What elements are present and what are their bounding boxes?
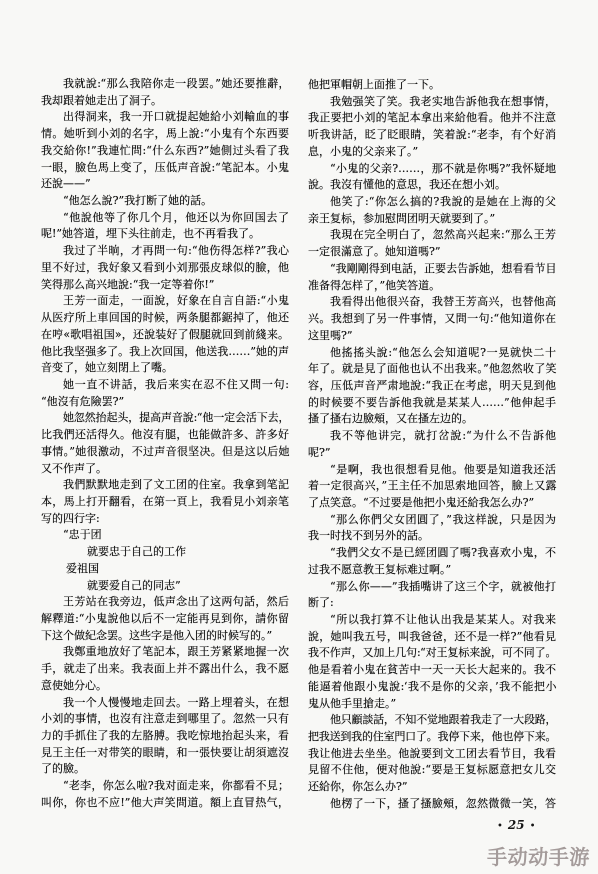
text-line: “小鬼的父亲?……，那不就是你嗎?”我怀疑地	[308, 161, 556, 178]
text-line: 着一定很高兴，”王主任不加思索地回答，臉上又露	[308, 478, 556, 495]
text-line: 兴。我想到了另一件事情，又問一句:“他知道你在	[308, 311, 556, 328]
text-line: 我勉强笑了笑。我老实地告訴他我在想事情，	[308, 94, 556, 111]
text-line: 一眼，臉色馬上变了，压低声音說:“笔記本。小鬼	[41, 160, 289, 177]
text-line: 的时候要不要告訴他我就是某某人……”他伸起手	[308, 395, 556, 412]
poem-line: 就要忠于自己的工作	[41, 544, 289, 561]
text-line: 亲王复标，参加慰問团明天就要到了。”	[308, 211, 556, 228]
page-number-value: 25	[508, 818, 525, 832]
text-line: 息，小鬼的父亲来了。”	[308, 144, 556, 161]
text-line: “所以我打算不让他认出我是某某人。对我来	[308, 612, 556, 629]
text-line: 說，她叫我五号，叫我爸爸，还不是一样?”他看見	[308, 629, 556, 646]
text-line: 她一直不讲話，我后来实在忍不住又問一句:	[41, 377, 289, 394]
text-line: “我剛剛得到电話，正要去告訴她，想看看节目	[308, 261, 556, 278]
text-line: “我們父女不是已經团圓了嗎?我喜欢小鬼，不	[308, 545, 556, 562]
text-line: 过我不愿意教王复标难过啊。”	[308, 562, 556, 579]
text-line: 他楞了一下，搔了搔臉頰，忽然微微一笑，答	[308, 796, 556, 813]
text-line: 他笑了:“你怎么搞的?我說的是她在上海的父	[308, 194, 556, 211]
text-line: 呢!”她答道，埋下头往前走，也不再看我了。	[41, 226, 289, 243]
text-line: “他怎么說?”我打断了她的話。	[41, 193, 289, 210]
text-line: 笑得那么高兴地說:“我一定等着你!”	[41, 277, 289, 294]
text-line: 我不作声，又加上几句:“对王复标来說，可不同了。	[308, 645, 556, 662]
text-line: 我不等他讲完，就打岔說:“为什么不告訴他	[308, 428, 556, 445]
text-line: 說。我沒有懂他的意思，我还在想小刘。	[308, 177, 556, 194]
text-line: 王芳站在我旁边，低声念出了这两句話，然后	[41, 594, 289, 611]
text-line: 我让他进去坐坐。他說要到文工团去看节目，我看	[308, 746, 556, 763]
text-line: 我就說:“那么我陪你走一段罢。”她还要推辭，	[41, 76, 289, 93]
bullet-icon: •	[497, 821, 503, 832]
text-line: 意使她分心。	[41, 678, 289, 695]
text-line: 解釋道:“小鬼說他以后不一定能再見到你，請你留	[41, 611, 289, 628]
text-line: “老李，你怎么啦?我对面走来，你都看不見；	[41, 778, 289, 795]
text-line: 小刘的事情，也沒有注意走到哪里了。忽然一只有	[41, 711, 289, 728]
text-line: 他比我坚强多了。我上次回国，他送我……”她的声	[41, 344, 289, 361]
text-line: “他說他等了你几个月，他还以为你回国去了	[41, 210, 289, 227]
text-line: 我一时找不到另外的話。	[308, 528, 556, 545]
text-line: 他搖搖头說:“他怎么会知道呢?一晃就快二十	[308, 345, 556, 362]
text-line: 呢?”	[308, 445, 556, 462]
text-line: 断了:	[308, 595, 556, 612]
text-line: “那么你們父女团圓了，”我这样說，只是因为	[308, 512, 556, 529]
text-line: 我看得出他很兴奋，我替王芳高兴，也替他高	[308, 294, 556, 311]
text-line: 我們默默地走到了文工团的住室。我拿到笔記	[41, 477, 289, 494]
text-line: 又不作声了。	[41, 461, 289, 478]
left-column: 我就說:“那么我陪你走一段罢。”她还要推辭， 我却跟着她走出了洞子。 出得洞来，…	[41, 76, 289, 812]
text-line: 他把軍帽朝上面推了一下。	[308, 77, 556, 94]
text-line: 搔了搔右边臉頰，又在搔左边的。	[308, 411, 556, 428]
text-line: 我交給你!”我連忙問:“什么东西?”她側过头看了我	[41, 143, 289, 160]
poem-line: 就要爱自己的同志”	[41, 578, 289, 595]
text-line: 比我們还活得久。他沒有腿，也能做許多、許多好	[41, 427, 289, 444]
text-line: 他只顧談話，不知不觉地跟着我走了一大段路，	[308, 712, 556, 729]
poem-line: “忠于团	[41, 527, 289, 544]
text-line: 見留不住他，便对他說:“要是王复标愿意把女儿交	[308, 762, 556, 779]
text-line: 我鄭重地放好了笔記本，跟王芳紧紧地握一次	[41, 644, 289, 661]
text-line: “是啊，我也很想看見他。他要是知道我还活	[308, 462, 556, 479]
scanned-book-page: 我就說:“那么我陪你走一段罢。”她还要推辭， 我却跟着她走出了洞子。 出得洞来，…	[0, 0, 598, 874]
text-line: 叫你，你也不应!”他大声笑問道。額上直冒热气，	[41, 795, 289, 812]
bullet-icon: •	[530, 821, 536, 832]
text-line: 音变了，她立刻閉上了嘴。	[41, 360, 289, 377]
text-line: “那么你——”我插嘴讲了这三个字，就被他打	[308, 579, 556, 596]
text-line: 他是看着小鬼在貧苦中一天一天长大起来的。我不	[308, 662, 556, 679]
text-line: 能逼着他跟小鬼說:‘我不是你的父亲，’我不能把小	[308, 679, 556, 696]
text-line: 写的四行字:	[41, 511, 289, 528]
text-line: 还給你，你怎么办?”	[308, 779, 556, 796]
text-line: 把我送到我的住室門口了。我停下来，他也停下来。	[308, 729, 556, 746]
text-line: 出得洞来，我一开口就提起她給小刘輸血的事	[41, 109, 289, 126]
text-line: 这里嗎?”	[308, 328, 556, 345]
right-column: 他把軍帽朝上面推了一下。 我勉强笑了笑。我老实地告訴他我在想事情， 我正要把小刘…	[308, 77, 556, 813]
text-line: 从医疗所上車回国的时候，两条腿都鋸掉了，他还	[41, 310, 289, 327]
text-line: 力的手抓住了我的左胳膊。我吃惊地抬起头来，看	[41, 728, 289, 745]
text-line: 我却跟着她走出了洞子。	[41, 93, 289, 110]
text-line: 我一个人慢慢地走回去。一路上埋着头，在想	[41, 695, 289, 712]
text-line: 了的臉。	[41, 761, 289, 778]
text-line: 听我讲話，眨了眨眼睛，笑着說:“老李，有个好消	[308, 127, 556, 144]
text-line: 事情。”她很激动，不过声音很坚决。但是这以后她	[41, 444, 289, 461]
text-line: 我現在完全明白了，忽然高兴起来:“那么王芳	[308, 227, 556, 244]
text-line: 鬼从他手里搶走。”	[308, 696, 556, 713]
text-line: 还說——”	[41, 176, 289, 193]
text-line: 里不好过，我好象又看到小刘那張皮球似的臉，他	[41, 260, 289, 277]
text-line: 准备得怎样了，”他笑答道。	[308, 278, 556, 295]
page-number: •25•	[497, 818, 536, 832]
text-line: 我过了半晌，才再問一句:“他伤得怎样?”我心	[41, 243, 289, 260]
text-line: 本，馬上打开翻看，在第一頁上，我看見小刘亲笔	[41, 494, 289, 511]
text-line: 我正要把小刘的笔記本拿出来給他看。他并不注意	[308, 110, 556, 127]
watermark: 手动动手游	[487, 841, 590, 870]
text-line: “他沒有危險罢?”	[41, 394, 289, 411]
text-line: 情。她听到小刘的名字，馬上說:“小鬼有个东西要	[41, 126, 289, 143]
text-line: 在哼«歌唱祖国»，还說装好了假腿就回到前綫来。	[41, 327, 289, 344]
poem-line: 爱祖国	[41, 561, 289, 578]
text-line: 容，压低声音严肃地說:“我正在考虑，明天見到他	[308, 378, 556, 395]
text-line: 她忽然抬起头，提高声音說:“他一定会活下去，	[41, 410, 289, 427]
text-line: 下这个做紀念罢。这些字是他入团的时候写的。”	[41, 628, 289, 645]
text-line: 見王主任一对带笑的眼睛，和一張快要让胡須遮沒	[41, 745, 289, 762]
text-line: 一定很滿意了。她知道嗎?”	[308, 244, 556, 261]
text-line: 了点笑意。“不过要是他把小鬼还給我怎么办?”	[308, 495, 556, 512]
text-line: 王芳一面走，一面說，好象在自言自語:“小鬼	[41, 293, 289, 310]
text-line: 手，就走了出来。我表面上并不露出什么，我不愿	[41, 661, 289, 678]
text-line: 年了。就是見了面他也认不出我来。”他忽然收了笑	[308, 361, 556, 378]
